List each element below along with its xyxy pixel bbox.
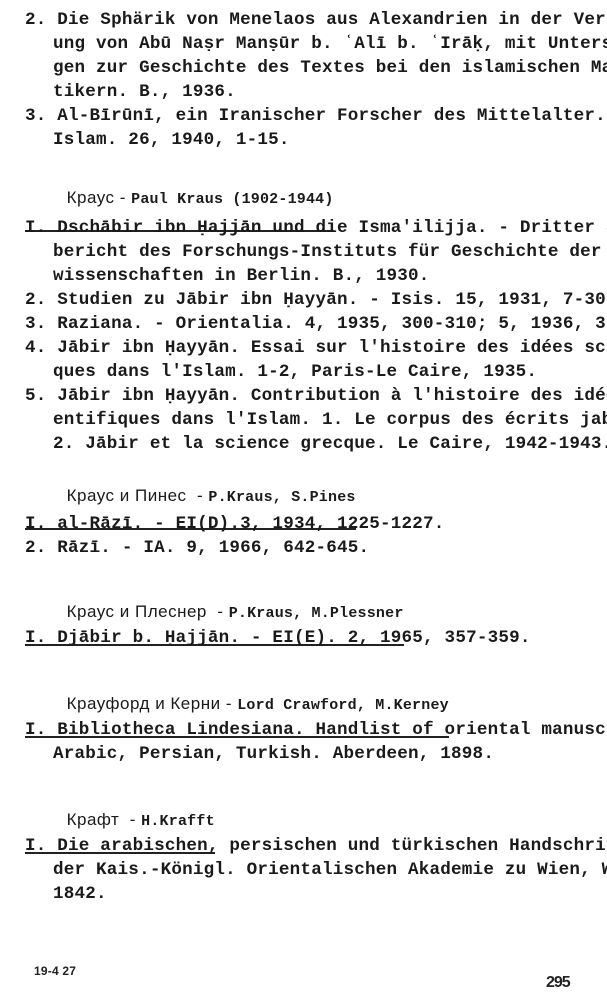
entry-line: I. al-Rāzī. - EI(D).3, 1934, 1225-1227. — [25, 514, 445, 534]
print-signature: 19-4 27 — [34, 964, 76, 978]
entry-line: I. Djābir b. Ḥajjān. - EI(E). 2, 1965, 3… — [25, 628, 531, 648]
entry-line: ung von Abū Naṣr Manṣūr b. ʿAlī b. ʿIrāḳ… — [53, 34, 607, 54]
entry-line: 3. Raziana. - Orientalia. 4, 1935, 300-3… — [25, 314, 607, 334]
heading-russian: Краус - — [67, 188, 132, 207]
entry-line: 1842. — [53, 884, 107, 904]
heading-latin: Lord Crawford, M.Kerney — [237, 697, 449, 714]
document-page: 2. Die Sphärik von Menelaos aus Alexandr… — [0, 0, 607, 1000]
entry-line: bericht des Forschungs-Instituts für Ges… — [53, 242, 607, 262]
entry-line: I. Bibliotheca Lindesiana. Handlist of o… — [25, 720, 607, 740]
heading-russian: Краус и Пинес - — [67, 486, 209, 505]
entry-line: der Kais.-Königl. Orientalischen Akademi… — [53, 860, 607, 880]
entry-line: 2. Jābir et la science grecque. Le Caire… — [53, 434, 607, 454]
page-number: 295 — [546, 974, 570, 992]
heading-latin: H.Krafft — [141, 813, 215, 830]
heading-latin: P.Kraus, M.Plessner — [229, 605, 404, 622]
entry-line: 4. Jābir ibn Ḥayyān. Essai sur l'histoir… — [25, 338, 607, 358]
heading-latin: Paul Kraus (1902-1944) — [131, 191, 333, 208]
entry-line: ques dans l'Islam. 1-2, Paris-Le Caire, … — [53, 362, 537, 382]
heading-latin: P.Kraus, S.Pines — [208, 489, 355, 506]
entry-line: Arabic, Persian, Turkish. Aberdeen, 1898… — [53, 744, 494, 764]
entry-line: I. Die arabischen, persischen und türkis… — [25, 836, 607, 856]
entry-line: gen zur Geschichte des Textes bei den is… — [53, 58, 607, 78]
entry-line: tikern. B., 1936. — [53, 82, 236, 102]
heading-russian: Краус и Плеснер - — [67, 602, 229, 621]
entry-line: Islam. 26, 1940, 1-15. — [53, 130, 290, 150]
entry-line: entifiques dans l'Islam. 1. Le corpus de… — [53, 410, 607, 430]
entry-line: 2. Die Sphärik von Menelaos aus Alexandr… — [25, 10, 607, 30]
heading-russian: Крауфорд и Керни - — [67, 694, 238, 713]
entry-line: 2. Rāzī. - IA. 9, 1966, 642-645. — [25, 538, 369, 558]
entry-line: I. Dschābir ibn Ḥajjān und die Isma'ilij… — [25, 218, 607, 238]
entry-line: wissenschaften in Berlin. B., 1930. — [53, 266, 430, 286]
entry-line: 2. Studien zu Jābir ibn Ḥayyān. - Isis. … — [25, 290, 607, 310]
entry-line: 5. Jābir ibn Ḥayyān. Contribution à l'hi… — [25, 386, 607, 406]
entry-line: 3. Al-Bīrūnī, ein Iranischer Forscher de… — [25, 106, 607, 126]
heading-russian: Крафт - — [67, 810, 142, 829]
